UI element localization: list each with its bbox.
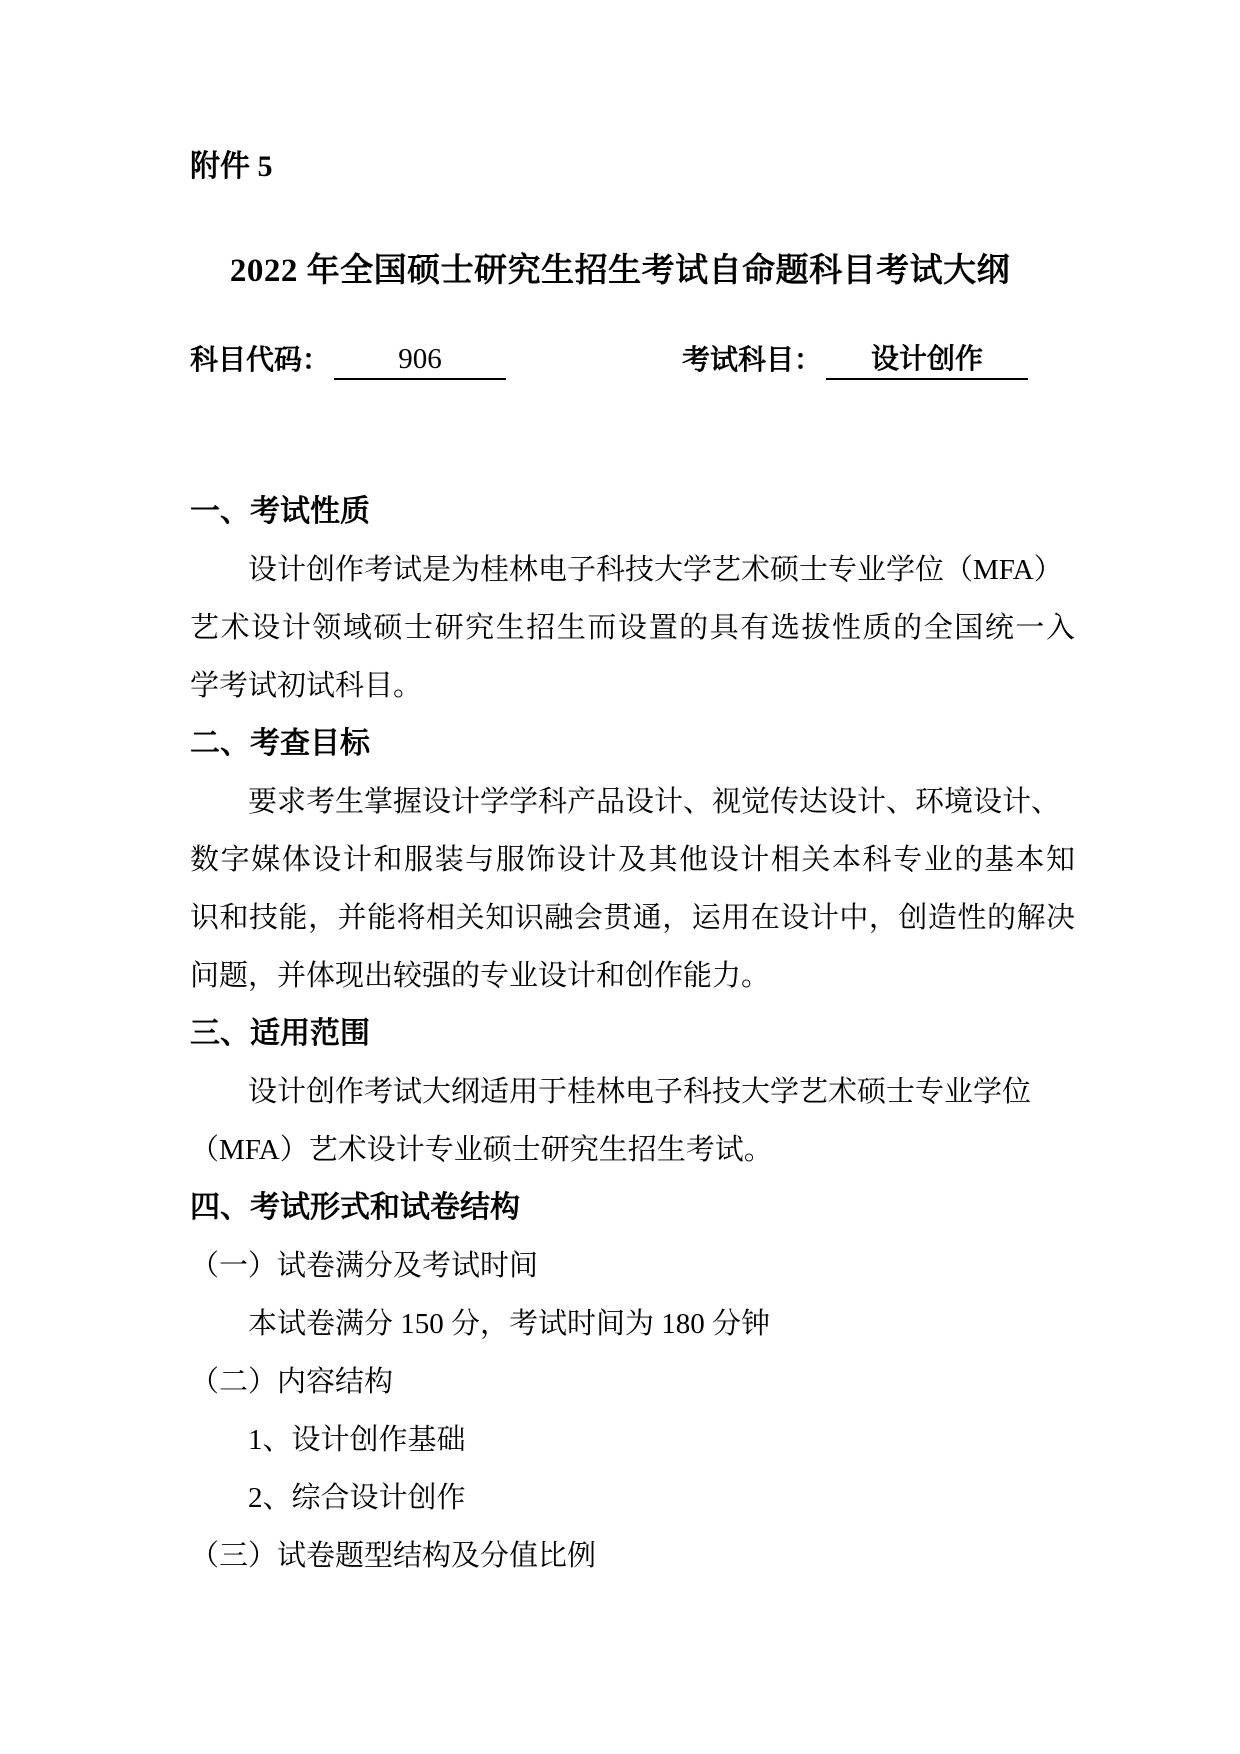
section-4-sub-1: （一）试卷满分及考试时间 [190,1237,1075,1295]
subject-info-row: 科目代码： 906 考试科目： 设计创作 [190,340,1080,380]
section-4-item-2: 2、综合设计创作 [190,1469,1075,1527]
section-1-para-line-2: 艺术设计领域硕士研究生招生而设置的具有选拔性质的全国统一入 [190,599,1075,657]
subject-code-label: 科目代码： [190,340,330,380]
document-title: 2022 年全国硕士研究生招生考试自命题科目考试大纲 [0,250,1240,292]
section-4-heading: 四、考试形式和试卷结构 [190,1179,1075,1237]
section-1-para-line-3: 学考试初试科目。 [190,657,1075,715]
section-2-para-line-3: 识和技能，并能将相关知识融会贯通，运用在设计中，创造性的解决 [190,889,1075,947]
section-2-para-line-2: 数字媒体设计和服装与服饰设计及其他设计相关本科专业的基本知 [190,831,1075,889]
document-page: 附件 5 2022 年全国硕士研究生招生考试自命题科目考试大纲 科目代码： 90… [0,0,1240,1754]
section-4-sub-1-text: 本试卷满分 150 分，考试时间为 180 分钟 [190,1295,1075,1353]
section-3-para-line-2: （MFA）艺术设计专业硕士研究生招生考试。 [190,1121,1075,1179]
exam-subject-label: 考试科目： [682,340,822,380]
exam-subject-value: 设计创作 [826,340,1028,380]
subject-code-group: 科目代码： 906 [190,340,506,380]
document-body: 一、考试性质 设计创作考试是为桂林电子科技大学艺术硕士专业学位（MFA） 艺术设… [190,483,1075,1585]
section-2-para-line-1: 要求考生掌握设计学学科产品设计、视觉传达设计、环境设计、 [190,773,1075,831]
attachment-label: 附件 5 [190,148,273,186]
section-1-heading: 一、考试性质 [190,483,1075,541]
subject-code-value: 906 [334,340,506,380]
section-4-sub-2: （二）内容结构 [190,1353,1075,1411]
section-4-sub-3: （三）试卷题型结构及分值比例 [190,1527,1075,1585]
section-1-para-line-1: 设计创作考试是为桂林电子科技大学艺术硕士专业学位（MFA） [190,541,1075,599]
section-3-para-line-1: 设计创作考试大纲适用于桂林电子科技大学艺术硕士专业学位 [190,1063,1075,1121]
section-3-heading: 三、适用范围 [190,1005,1075,1063]
section-2-para-line-4: 问题，并体现出较强的专业设计和创作能力。 [190,947,1075,1005]
section-4-item-1: 1、设计创作基础 [190,1411,1075,1469]
exam-subject-group: 考试科目： 设计创作 [682,340,1028,380]
section-2-heading: 二、考查目标 [190,715,1075,773]
